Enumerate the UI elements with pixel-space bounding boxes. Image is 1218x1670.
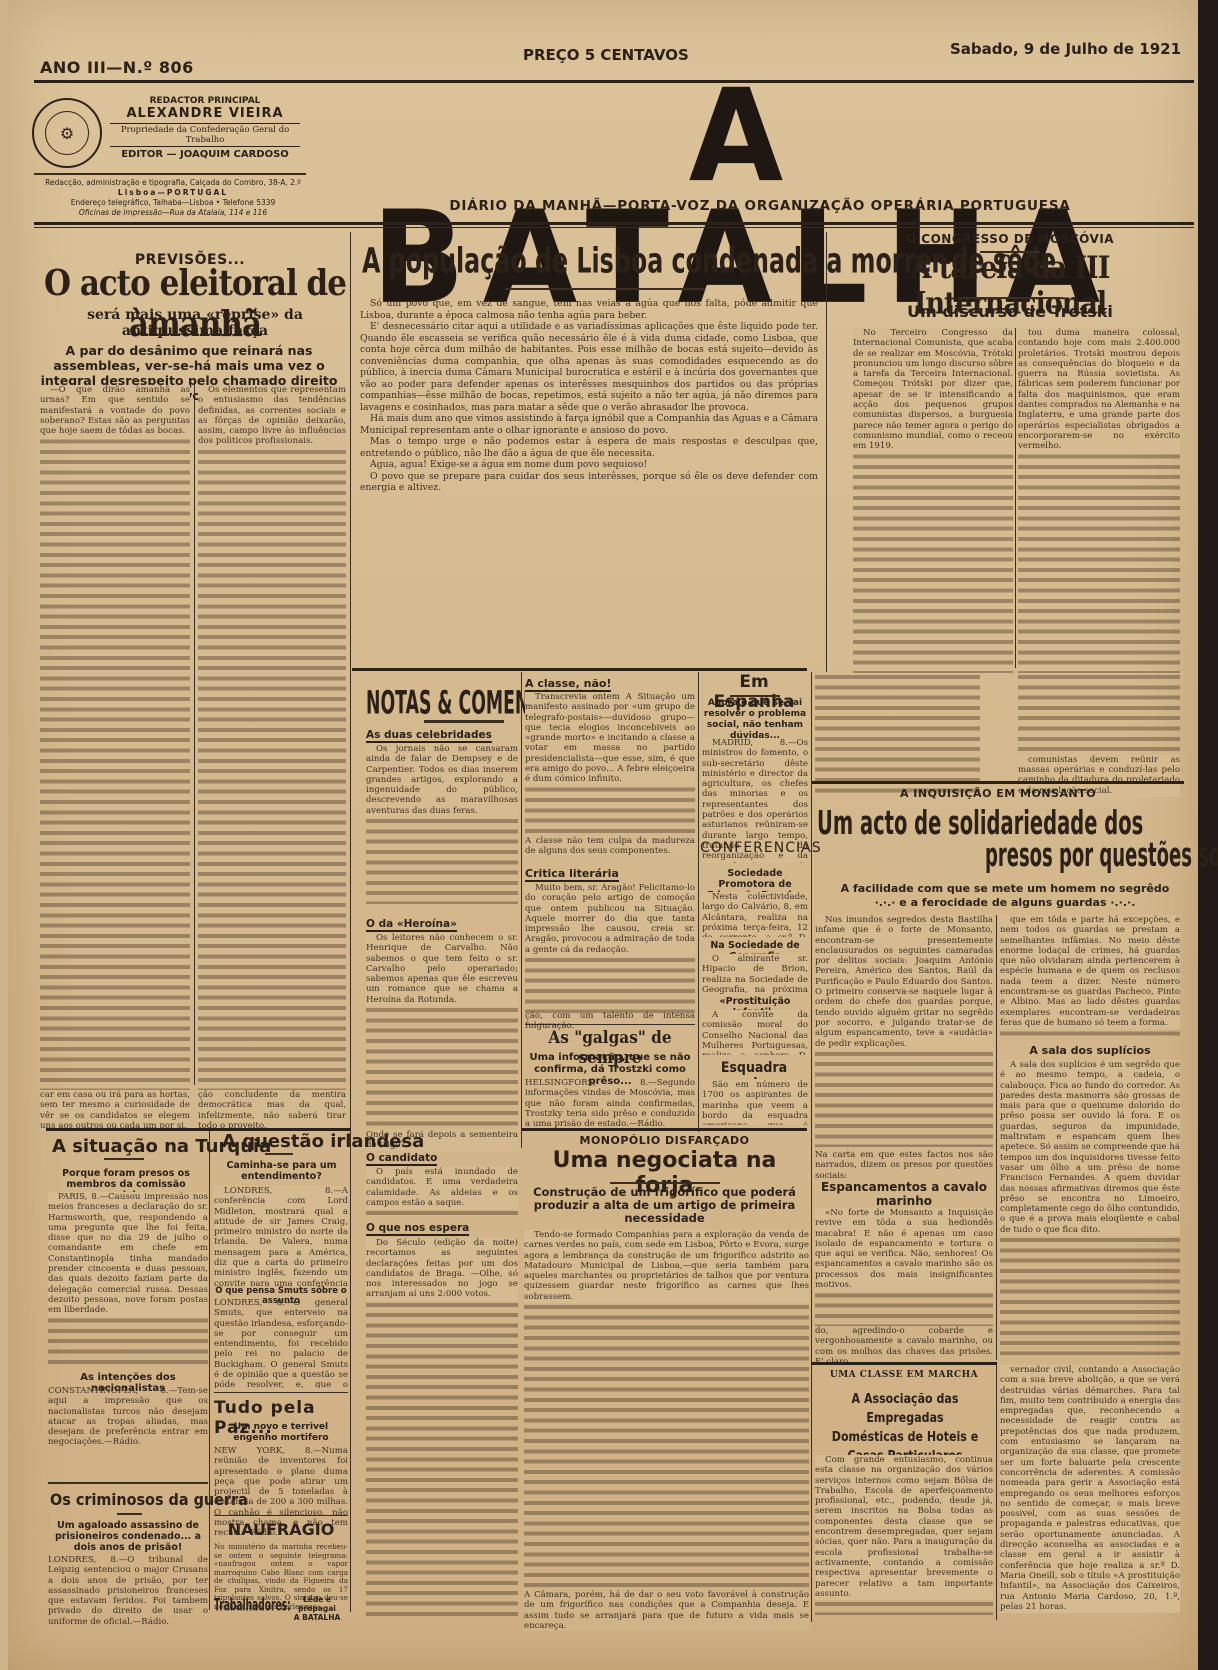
monopolio-text: Tendo-se formado Companhias para a explo…	[524, 1230, 809, 1303]
inquisicao-col1-text: Nos imundos segredos desta Bastilha infa…	[815, 915, 993, 1050]
moscovia-col-2-cont: comunistas devem reünir as massas operár…	[1018, 672, 1180, 797]
lisboa-body: Só um povo que, em vez de sangue, tem na…	[360, 298, 818, 648]
address-line-4: Oficinas de impressão—Rua da Atalaia, 11…	[38, 208, 308, 218]
section-rule	[812, 1362, 997, 1365]
galgas-text: HELSINGFORS, 8.—Segundo informações vind…	[525, 1078, 695, 1129]
address-block: Redacção, administração e tipografia, Ca…	[38, 178, 308, 218]
column-divider	[521, 672, 522, 1148]
esquadra-body: São em número de 1700 os aspirantes de m…	[702, 1080, 808, 1125]
seal-emblem-icon: ⚙	[32, 98, 102, 168]
classe-body: Transcrevia ontem A Situação um manifest…	[525, 692, 695, 847]
staff-box: REDACTOR PRINCIPAL ALEXANDRE VIEIRA Prop…	[110, 96, 300, 160]
irlandesa-headline: A questão irlandesa	[222, 1131, 424, 1152]
redactor-label: REDACTOR PRINCIPAL	[110, 96, 300, 106]
lisboa-headline-rule	[505, 288, 705, 290]
critica-title: Critica literária	[525, 867, 619, 882]
lisboa-p5: Agua, agua! Exige-se a água em nome dum …	[360, 459, 818, 471]
eleitoral-col2-end: ção concludente da mentira democrática m…	[198, 1090, 346, 1131]
inquisicao-col-1: Nos imundos segredos desta Bastilha infa…	[815, 915, 993, 1147]
naufragio-headline: NAUFRAGIO	[214, 1520, 348, 1539]
column-divider-right	[826, 232, 827, 672]
classe-marcha-col-2: vernador civil, contando a Associação co…	[1000, 1365, 1180, 1615]
conferencias-s2-body: O almirante sr. Hipacio de Brion, realiz…	[702, 954, 808, 994]
eleitoral-col-1: —O que dirão àmanhã as urnas? Em que sen…	[40, 385, 190, 1095]
eleitoral-subhead: será mais uma «reprise» da antiquíssima …	[40, 307, 350, 339]
inquisicao-sala-title: A sala dos suplícios	[1000, 1044, 1180, 1057]
seal-inner-ring: ⚙	[45, 111, 89, 155]
price: PREÇO 5 CENTAVOS	[523, 46, 689, 64]
lisboa-p1: Só um povo que, em vez de sangue, tem na…	[360, 298, 818, 321]
inquisicao-sub-text: «No forte de Monsanto a Inquisição reviv…	[815, 1208, 993, 1291]
inquisicao-sub-title: Espancamentos a cavalo marinho	[815, 1180, 993, 1208]
inquisicao-kicker: A INQUISIÇÃO EM MONSANTO	[812, 787, 1184, 800]
irlandesa-deck: Caminha-se para um entendimento?	[214, 1160, 349, 1182]
irlandesa-smuts-text: LONDRES, 8.—O general Smuts, que enterve…	[214, 1298, 348, 1388]
eleitoral-col2-text: Os elementos que representam o entusiasm…	[198, 385, 346, 448]
classe-marcha-col-1: Com grande entusiasmo, continua esta cla…	[815, 1455, 993, 1615]
address-line-3: Endereço telegráfico, Talhaba—Lisboa • T…	[38, 198, 308, 208]
monopolio-deck: Construção de um frigorífico que poderá …	[522, 1186, 807, 1225]
classe-text: Transcrevia ontem A Situação um manifest…	[525, 692, 695, 786]
critica-body: Muito bem, sr. Aragão! Felicitamo-lo do …	[525, 883, 695, 1013]
headline-rule	[958, 297, 1063, 299]
notas-s2-body: Os leitores não conhecem o sr. Henrique …	[366, 933, 518, 1143]
address-line-2: Lisboa—PORTUGAL	[38, 188, 308, 198]
lisboa-p3: Há mais dum ano que vimos assistindo à f…	[360, 413, 818, 436]
column-divider	[209, 1130, 210, 1610]
notas-s4-body: O país está inundado de candidatos. E um…	[366, 1167, 518, 1215]
moscovia-col-1-cont	[815, 672, 980, 797]
inquisicao-col-2: que em tôda e parte há excepções, e nem …	[1000, 915, 1180, 1040]
column-divider	[811, 672, 812, 1622]
moscovia-col1-text: No Terceiro Congresso da Internacional C…	[853, 328, 1013, 453]
notas-s1-body: Os jornais não se cansaram ainda de fala…	[366, 744, 518, 904]
paz-deck: Um novo e terrivel engenho mortifero	[214, 1422, 348, 1444]
inquisicao-sub-body: «No forte de Monsanto a Inquisição reviv…	[815, 1208, 993, 1328]
tagline: DIÁRIO DA MANHÃ—PORTA-VOZ DA ORGANIZAÇÃO…	[340, 198, 1180, 214]
moscovia-col-1: No Terceiro Congresso da Internacional C…	[853, 328, 1013, 673]
moscovia-subhead: Um discurso de Trótski	[830, 302, 1190, 321]
notas-s2-text: Os leitores não conhecem o sr. Henrique …	[366, 933, 518, 1006]
notas-s1-text: Os jornais não se cansaram ainda de fala…	[366, 744, 518, 817]
conferencias-s1-body: Nesta colectividade, largo do Calvário, …	[702, 892, 808, 937]
column-divider-main	[350, 232, 351, 1612]
notas-rule	[424, 720, 504, 723]
eleitoral-col1-text: —O que dirão àmanhã as urnas? Em que sen…	[40, 385, 190, 437]
headline-rule	[104, 1158, 144, 1160]
column-divider	[698, 672, 699, 1132]
column-divider	[1015, 328, 1016, 668]
column-divider	[996, 1365, 997, 1620]
inquisicao-deck: A facilidade com que se mete um homem no…	[830, 882, 1180, 910]
column-divider	[996, 915, 997, 1360]
notas-s5-text: Do Século (edição da noite) recortamos a…	[366, 1238, 518, 1301]
masthead-bottom-rule	[34, 222, 1194, 225]
section-rule	[812, 781, 1184, 784]
ornament-rule	[525, 1024, 695, 1025]
turquia-body: PARIS, 8.—Causou impressão nos meios fra…	[48, 1192, 208, 1367]
notas-s5-body: Do Século (edição da noite) recortamos a…	[366, 1238, 518, 1618]
criminosos-text: LONDRES, 8.—O tribunal de Leipzig senten…	[48, 1555, 208, 1627]
eleitoral-col1-end: car em casa ou irá para as hortas, sem t…	[40, 1090, 190, 1131]
classe-marcha-kicker: UMA CLASSE EM MARCHA	[815, 1370, 993, 1380]
monopolio-kicker: MONOPÓLIO DISFARÇADO	[522, 1134, 807, 1147]
conferencias-headline: CONFERENCIAS	[700, 840, 808, 856]
notas-s4-text: O país está inundado de candidatos. E um…	[366, 1167, 518, 1209]
newspaper-title: A BATALHA	[320, 75, 1170, 197]
issue-date: Sabado, 9 de Julho de 1921	[950, 40, 1181, 58]
headline-rule	[610, 1182, 720, 1184]
section-rule	[352, 668, 807, 671]
notas-s5-title: O que nos espera	[366, 1222, 469, 1236]
classe-marcha-col1-text: Com grande entusiasmo, continua esta cla…	[815, 1455, 993, 1600]
monopolio-text-end: A Câmara, porém, há de dar o seu voto fa…	[524, 1590, 809, 1631]
headline-rule	[730, 695, 780, 697]
footer-ad-right: Lêde e propagai A BATALHA	[284, 1595, 350, 1622]
inquisicao-sub-end: do, agredindo-o cobarde e vergonhosament…	[815, 1326, 993, 1367]
headline-rule	[117, 1513, 142, 1515]
page-edge-shadow	[1198, 0, 1218, 1670]
issue-number: ANO III—N.º 806	[40, 58, 194, 77]
conferencias-s3-text: A convite da comissão moral do Conselho …	[702, 1010, 808, 1055]
footer-ad-right-line-2: A BATALHA	[284, 1613, 350, 1622]
turquia-nac-text: CONSTANTINOPLA, 8.—Tem-se aqui a impress…	[48, 1386, 208, 1448]
footer-ad-left: Trabalhadores:	[214, 1596, 291, 1616]
conferencias-s1-text: Nesta colectividade, largo do Calvário, …	[702, 892, 808, 937]
eleitoral-col-2: Os elementos que representam o entusiasm…	[198, 385, 346, 1095]
moscovia-col-2: tou duma maneira colossal, contando hoje…	[1018, 328, 1180, 673]
inquisicao-sala-text: A sala dos suplícios é um segrêdo que é …	[1000, 1060, 1180, 1236]
inquisicao-col2-text: que em tôda e parte há excepções, e nem …	[1000, 915, 1180, 1029]
headline-rule	[265, 1153, 293, 1155]
ornament-rule	[48, 1482, 208, 1484]
inquisicao-col1-mid: Na carta em que estes factos nos são nar…	[815, 1150, 993, 1181]
column-divider	[194, 385, 195, 1085]
footer-ad-right-line-1: Lêde e propagai	[284, 1595, 350, 1613]
classe-marcha-col2-text: vernador civil, contando a Associação co…	[1000, 1365, 1180, 1613]
inquisicao-sala-body: A sala dos suplícios é um segrêdo que é …	[1000, 1060, 1180, 1355]
ownership-line: Propriedade da Confederação Geral do Tra…	[110, 123, 300, 147]
inquisicao-headline-line-2: presos por questões sociais	[985, 836, 1218, 874]
irlandesa-text: LONDRES, 8.—A conferência com Lord Midle…	[214, 1186, 348, 1286]
lisboa-p2: E' desnecessário citar aqui a utilidade …	[360, 321, 818, 413]
classe-text-end: A classe não tem culpa da madureza de al…	[525, 836, 695, 857]
turquia-text: PARIS, 8.—Causou impressão nos meios fra…	[48, 1192, 208, 1317]
classe-title: A classe, não!	[525, 677, 611, 692]
lisboa-p6: O povo que se prepare para cuidar dos se…	[360, 471, 818, 494]
ornament-rule	[214, 1515, 348, 1516]
monopolio-body: Tendo-se formado Companhias para a explo…	[524, 1230, 809, 1620]
section-rule	[522, 1128, 807, 1131]
lisboa-p4: Mas o tempo urge e não podemos estar à e…	[360, 436, 818, 459]
critica-text: Muito bem, sr. Aragão! Felicitamo-lo do …	[525, 883, 695, 956]
ornament-rule	[214, 1392, 348, 1393]
moscovia-col2-text: tou duma maneira colossal, contando hoje…	[1018, 328, 1180, 453]
editor-line: EDITOR — JOAQUIM CARDOSO	[110, 149, 300, 160]
conferencias-s3-body: A convite da comissão moral do Conselho …	[702, 1010, 808, 1055]
notas-s2-title: O da «Heroína»	[366, 918, 457, 932]
conferencias-s2-text: O almirante sr. Hipacio de Brion, realiz…	[702, 954, 808, 994]
staff-rule	[34, 173, 306, 175]
masthead-bottom-rule-thin	[34, 227, 1194, 228]
criminosos-deck: Um agaloado assassino de prisioneiros co…	[48, 1520, 208, 1553]
moscovia-kicker: O CONGRESSO DE MOSCÓVIA	[830, 232, 1190, 246]
espanha-deck: Agora é que se vai resolver o problema s…	[702, 698, 808, 742]
esquadra-text: São em número de 1700 os aspirantes de m…	[702, 1080, 808, 1125]
notas-s4-title: O candidato	[366, 1152, 437, 1166]
irlandesa-body: LONDRES, 8.—A conferência com Lord Midle…	[214, 1186, 348, 1286]
redactor-name: ALEXANDRE VIEIRA	[110, 106, 300, 121]
notas-s1-title: As duas celebridades	[366, 729, 492, 743]
address-line-1: Redacção, administração e tipografia, Ca…	[38, 178, 308, 188]
